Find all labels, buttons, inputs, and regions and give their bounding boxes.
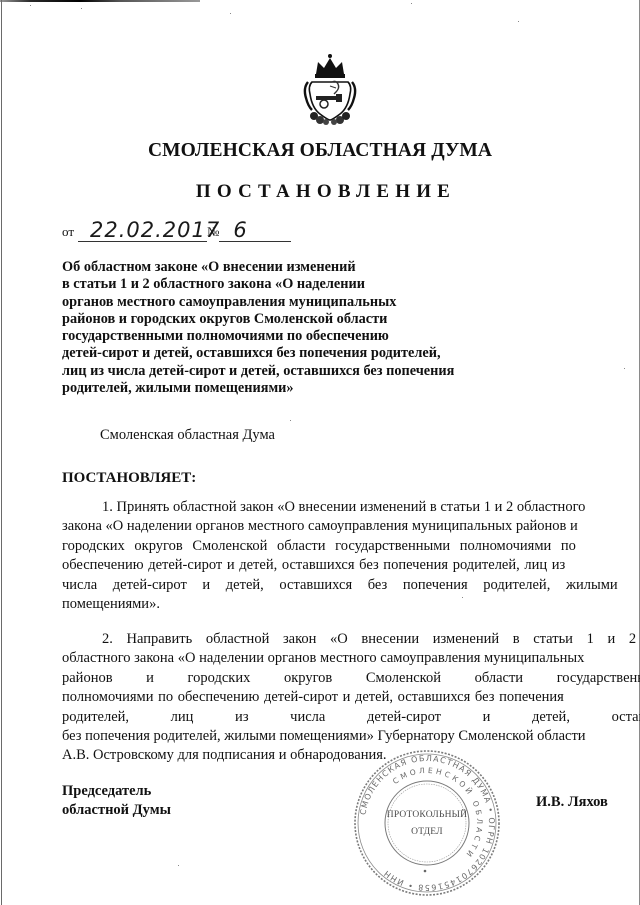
stamp-center-line: ОТДЕЛ — [352, 824, 502, 841]
paragraph-line: без попечения родителей, жилыми помещени… — [62, 727, 612, 746]
paragraph-line: полномочиями по обеспечению детей-сирот … — [62, 688, 612, 707]
number-prefix: № — [207, 224, 219, 242]
coat-of-arms-icon — [298, 52, 362, 126]
line-text: городских округов Смоленской области гос… — [62, 537, 576, 556]
subject-line: Об областном законе «О внесении изменени… — [62, 259, 492, 276]
scan-speck — [178, 865, 179, 866]
scan-speck — [290, 420, 291, 421]
paragraph-line: 2. Направить областной закон «О внесении… — [62, 630, 612, 649]
line-text: районов и городских округов Смоленской о… — [62, 669, 640, 688]
scan-edge-left — [1, 0, 2, 905]
paragraph-line: обеспечению детей-сирот и детей, оставши… — [62, 556, 612, 575]
subject-line: государственными полномочиями по обеспеч… — [62, 328, 492, 345]
date-prefix: от — [62, 224, 74, 242]
scan-speck — [81, 8, 82, 9]
paragraph-line: 1. Принять областной закон «О внесении и… — [62, 498, 612, 517]
document-date: 22.02.2017 — [78, 219, 207, 242]
scan-speck — [462, 597, 463, 598]
paragraph-line: А.В. Островскому для подписания и обнаро… — [62, 746, 612, 765]
official-stamp: СМОЛЕНСКАЯ ОБЛАСТНАЯ ДУМА • ОГРН 1026701… — [352, 748, 502, 898]
document-subject: Об областном законе «О внесении изменени… — [62, 259, 492, 397]
scan-speck — [624, 368, 625, 369]
subject-line: родителей, жилыми помещениями» — [62, 380, 492, 397]
stamp-center-line: ПРОТОКОЛЬНЫЙ — [352, 807, 502, 824]
stamp-center-text: ПРОТОКОЛЬНЫЙ ОТДЕЛ — [352, 807, 502, 841]
signatory-title: Председатель областной Думы — [62, 782, 171, 820]
scan-edge-top — [0, 0, 200, 2]
scan-speck — [411, 3, 412, 4]
line-text: А.В. Островскому для подписания и обнаро… — [62, 746, 387, 765]
line-text: 1. Принять областной закон «О внесении и… — [102, 498, 585, 517]
organization-title: СМОЛЕНСКАЯ ОБЛАСТНАЯ ДУМА — [0, 140, 640, 162]
signatory-name: И.В. Ляхов — [536, 794, 608, 811]
line-text: закона «О наделении органов местного сам… — [62, 517, 578, 536]
line-text: родителей, лиц из числа детей-сирот и де… — [62, 708, 640, 727]
paragraph-line: числа детей-сирот и детей, оставшихся бе… — [62, 576, 612, 595]
decides-heading: ПОСТАНОВЛЯЕТ: — [62, 470, 196, 487]
subject-line: детей-сирот и детей, оставшихся без попе… — [62, 345, 492, 362]
paragraph-2: 2. Направить областной закон «О внесении… — [62, 630, 612, 766]
signatory-title-line: Председатель — [62, 782, 171, 801]
line-text: числа детей-сирот и детей, оставшихся бе… — [62, 576, 618, 595]
document-number: 6 — [219, 219, 291, 242]
signatory-title-line: областной Думы — [62, 801, 171, 820]
line-text: без попечения родителей, жилыми помещени… — [62, 727, 586, 746]
document-type: ПОСТАНОВЛЕНИЕ — [0, 181, 640, 203]
subject-line: районов и городских округов Смоленской о… — [62, 311, 492, 328]
paragraph-line: закона «О наделении органов местного сам… — [62, 517, 612, 536]
scan-speck — [230, 13, 231, 14]
line-text: областного закона «О наделении органов м… — [62, 649, 584, 668]
preamble: Смоленская областная Дума — [100, 427, 275, 444]
paragraph-line: городских округов Смоленской области гос… — [62, 537, 612, 556]
paragraph-line: областного закона «О наделении органов м… — [62, 649, 612, 668]
paragraph-line: районов и городских округов Смоленской о… — [62, 669, 612, 688]
line-text: 2. Направить областной закон «О внесении… — [102, 630, 636, 649]
line-text: полномочиями по обеспечению детей-сирот … — [62, 688, 564, 707]
scan-speck — [518, 21, 519, 22]
paragraph-line: родителей, лиц из числа детей-сирот и де… — [62, 708, 612, 727]
date-number-line: от 22.02.2017 № 6 — [62, 218, 291, 242]
line-text: обеспечению детей-сирот и детей, оставши… — [62, 556, 565, 575]
paragraph-1: 1. Принять областной закон «О внесении и… — [62, 498, 612, 614]
line-text: помещениями». — [62, 595, 160, 614]
scan-speck — [30, 5, 31, 6]
subject-line: лиц из числа детей-сирот и детей, оставш… — [62, 363, 492, 380]
subject-line: органов местного самоуправления муниципа… — [62, 294, 492, 311]
paragraph-line: помещениями». — [62, 595, 612, 614]
subject-line: в статьи 1 и 2 областного закона «О наде… — [62, 276, 492, 293]
